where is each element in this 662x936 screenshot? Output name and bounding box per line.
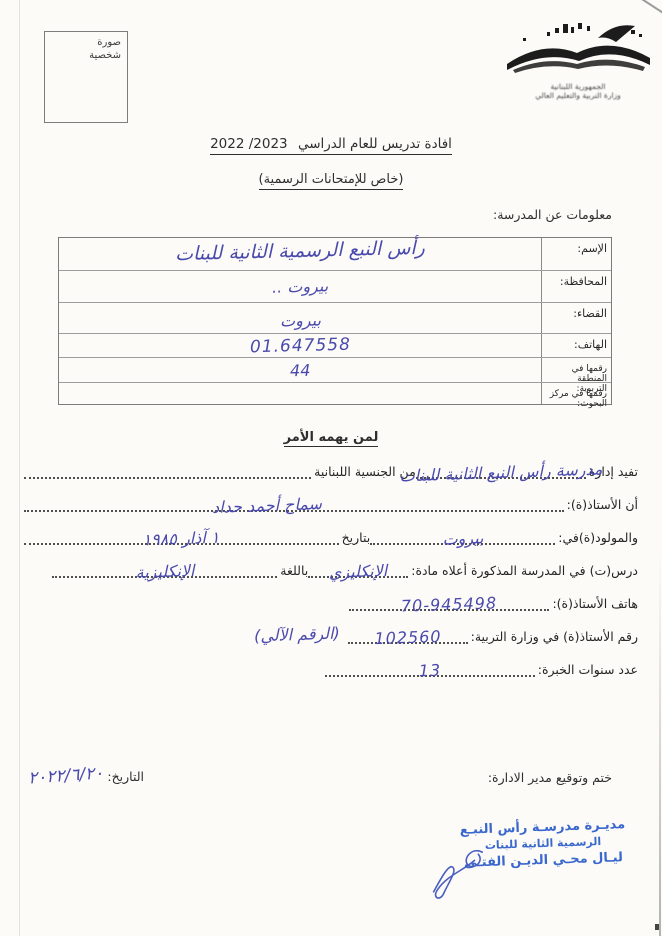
school-info-table: الإسم: رأس النبع الرسمية الثانية للبنات … xyxy=(58,237,612,405)
field-label-experience-years: عدد سنوات الخبرة: xyxy=(535,662,638,677)
handwritten-region-number: 44 xyxy=(290,361,311,381)
table-row-name: الإسم: رأس النبع الرسمية الثانية للبنات xyxy=(59,238,611,271)
letter-line-birth: والمولود(ة)في: بيروت بتاريخ ١ آذار ١٩٨٥ xyxy=(24,526,638,545)
table-row-district: القضاء: بيروت xyxy=(59,303,611,334)
field-label-born-in: والمولود(ة)في: xyxy=(555,530,638,545)
row-value-name: رأس النبع الرسمية الثانية للبنات xyxy=(59,238,541,270)
signature-scribble-icon xyxy=(412,839,504,912)
field-label-on-date: بتاريخ xyxy=(339,530,371,545)
letter-line-experience: عدد سنوات الخبرة: 13 xyxy=(24,658,638,677)
handwritten-ministry-number: 102560 xyxy=(374,629,442,647)
photo-box-label-line1: صورة xyxy=(51,36,121,49)
letter-body: تفيد إدارة مدرسة رأس النبع الثانية للبنا… xyxy=(24,460,638,691)
row-label-district: القضاء: xyxy=(541,303,611,333)
dotted-line: ١ آذار ١٩٨٥ xyxy=(24,537,339,545)
dotted-line: مدرسة رأس النبع الثانية للبنات xyxy=(416,471,586,479)
dotted-line: 13 xyxy=(325,669,535,677)
photo-box-label-line2: شخصية xyxy=(51,49,121,62)
handwritten-teacher-phone: 70-945498 xyxy=(401,595,498,614)
handwritten-language: الإنكليزية xyxy=(135,563,194,581)
row-label-phone: الهاتف: xyxy=(541,334,611,357)
photo-placeholder-box: صورة شخصية xyxy=(44,31,128,123)
open-book-icon xyxy=(503,20,653,82)
dotted-line: الإنكليزية xyxy=(52,570,277,578)
row-label-region-number: رقمها في المنطقة التربوية: xyxy=(541,358,611,382)
row-value-research-number xyxy=(59,383,541,404)
handwritten-school-name: رأس النبع الرسمية الثانية للبنات xyxy=(175,237,425,266)
row-label-name: الإسم: xyxy=(541,238,611,270)
table-row-governorate: المحافظة: بيروت .. xyxy=(59,271,611,303)
field-label-ministry-number: رقم الأستاذ(ة) في وزارة التربية: xyxy=(468,629,638,644)
row-value-governorate: بيروت .. xyxy=(59,271,541,302)
scanned-document-page: صورة شخصية الجمهورية اللبنانية وزارة الت… xyxy=(0,0,662,936)
scan-artifact-edge xyxy=(659,550,661,936)
dotted-line: 102560 xyxy=(348,636,468,644)
document-title-text: افادة تدريس للعام الدراسي xyxy=(298,136,452,152)
row-label-research-number: رقمها في مركز البحوث: xyxy=(541,383,611,404)
ministry-logo: الجمهورية اللبنانية وزارة التربية والتعل… xyxy=(498,20,658,120)
section-heading-school-info: معلومات عن المدرسة: xyxy=(493,207,612,222)
document-title: افادة تدريس للعام الدراسي 2022 /2023 xyxy=(210,136,452,155)
scan-artifact-corner xyxy=(638,0,662,14)
row-label-governorate: المحافظة: xyxy=(541,271,611,302)
document-subtitle: (خاص للإمتحانات الرسمية) xyxy=(259,172,404,190)
footer-date-label: التاريخ: xyxy=(107,769,144,784)
handwritten-subject: الإنكليزي xyxy=(329,563,388,581)
dotted-line: الإنكليزي xyxy=(308,570,408,578)
field-label-teacher: أن الأستاذ(ة): xyxy=(564,497,638,512)
principal-stamp: مديـرة مدرسـة رأس النبـع الرسمية الثانية… xyxy=(429,816,657,872)
table-row-phone: الهاتف: 01.647558 xyxy=(59,334,611,358)
footer-date: التاريخ: ٢٠٢٢/٦/٢٠ xyxy=(28,766,144,786)
handwritten-number-note: (الرقم الآلي) xyxy=(254,624,340,646)
dotted-line: 70-945498 xyxy=(349,603,549,611)
handwritten-governorate: بيروت .. xyxy=(272,276,329,296)
handwritten-experience-years: 13 xyxy=(418,663,441,680)
handwritten-school-phone: 01.647558 xyxy=(249,335,350,358)
row-value-phone: 01.647558 xyxy=(59,334,541,357)
letter-line-administration: تفيد إدارة مدرسة رأس النبع الثانية للبنا… xyxy=(24,460,638,479)
handwritten-date: ٢٠٢٢/٦/٢٠ xyxy=(27,763,104,788)
letter-line-teacher-phone: هاتف الأستاذ(ة): 70-945498 xyxy=(24,592,638,611)
field-label-taught-subject: درس(ت) في المدرسة المذكورة أعلاه مادة: xyxy=(408,563,638,578)
dotted-line xyxy=(24,471,311,479)
document-title-years: 2022 /2023 xyxy=(210,136,288,152)
logo-text-ministry: وزارة التربية والتعليم العالي xyxy=(498,91,658,100)
handwritten-school: مدرسة رأس النبع الثانية للبنات xyxy=(399,461,602,484)
field-label-teacher-phone: هاتف الأستاذ(ة): xyxy=(549,596,638,611)
handwritten-district: بيروت xyxy=(279,310,320,330)
table-row-research-number: رقمها في مركز البحوث: xyxy=(59,383,611,404)
letter-line-teacher-name: أن الأستاذ(ة): سماح أحمد حداد xyxy=(24,493,638,512)
dotted-line: بيروت xyxy=(370,537,555,545)
handwritten-teacher-name: سماح أحمد حداد xyxy=(212,496,322,516)
footer-stamp-signature-label: ختم وتوقيع مدير الادارة: xyxy=(488,770,612,785)
handwritten-birthdate: ١ آذار ١٩٨٥ xyxy=(143,530,220,549)
row-value-district: بيروت xyxy=(59,303,541,333)
letter-line-subject: درس(ت) في المدرسة المذكورة أعلاه مادة: ا… xyxy=(24,559,638,578)
field-label-in-language: باللغة xyxy=(277,563,308,578)
row-value-region-number: 44 xyxy=(59,358,541,382)
letter-heading: لمن يهمه الأمر xyxy=(284,430,379,447)
dotted-line: سماح أحمد حداد xyxy=(24,504,564,512)
scan-artifact-speck xyxy=(655,924,659,930)
handwritten-birthplace: بيروت xyxy=(442,530,483,547)
letter-line-ministry-number: رقم الأستاذ(ة) في وزارة التربية: 102560 … xyxy=(24,625,638,644)
table-row-region-number: رقمها في المنطقة التربوية: 44 xyxy=(59,358,611,383)
logo-text-republic: الجمهورية اللبنانية xyxy=(498,82,658,91)
